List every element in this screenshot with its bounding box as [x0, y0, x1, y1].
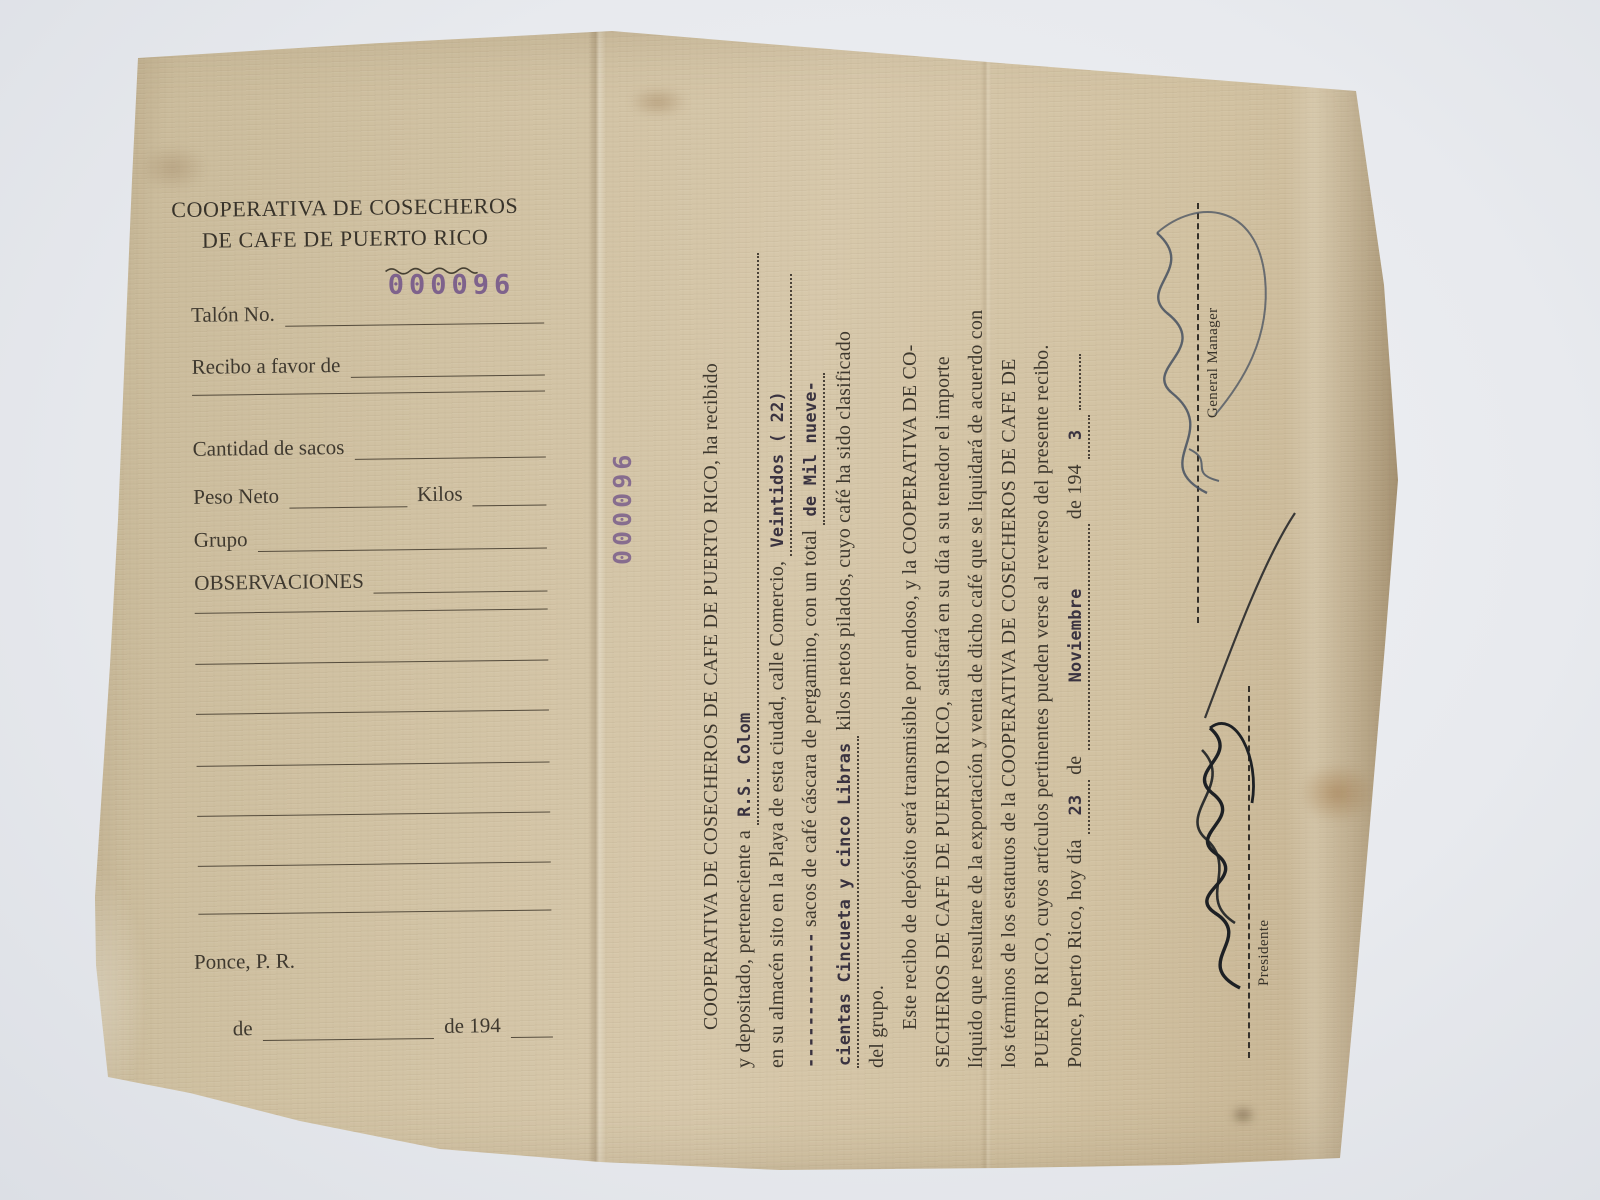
blank-line [195, 660, 548, 665]
header-line-2: DE CAFE DE PUERTO RICO [145, 221, 545, 257]
stain-spot [628, 87, 688, 117]
grupo-label: Grupo [194, 527, 248, 553]
date-day-typed: 23 [1064, 780, 1090, 834]
date-print-2: de 194 [1064, 464, 1086, 519]
talon-blank-line [285, 297, 545, 327]
field-recibo: Recibo a favor de [192, 349, 545, 380]
president-signature-ink [1180, 498, 1320, 1018]
talon-label: Talón No. [191, 302, 275, 328]
blank-line [196, 710, 549, 715]
recibo-label: Recibo a favor de [192, 353, 341, 380]
cantidad-blank-line [354, 431, 546, 460]
field-talon: Talón No. [191, 297, 544, 328]
stain-spot [1230, 1105, 1256, 1125]
date-year-typed: 3 [1064, 415, 1090, 459]
general-manager-signature-line: General Manager [1165, 203, 1199, 623]
fold-crease-middle [980, 25, 992, 1175]
field-observaciones: OBSERVACIONES [194, 565, 547, 596]
body-line-5-print: kilos netos pilados, cuyo café ha sido c… [833, 331, 855, 731]
stain-spot [138, 145, 208, 191]
president-signature-line: Presidente [1210, 686, 1250, 1058]
blank-line [197, 762, 550, 767]
blank-line [198, 909, 551, 914]
blank-line [192, 391, 545, 396]
weight-typed-part1: de Mil nueve- [799, 373, 825, 525]
body-line-4-print: sacos de café cáscara de pergamino, con … [799, 530, 821, 927]
field-grupo: Grupo [194, 522, 547, 553]
general-manager-label: General Manager [1205, 307, 1222, 418]
squiggle-divider [384, 265, 480, 276]
receipt-body-rotated: COOPERATIVA DE COSECHEROS DE CAFE DE PUE… [695, 178, 1335, 1068]
observaciones-label: OBSERVACIONES [194, 569, 364, 596]
typed-dashes: ------------- [801, 932, 821, 1068]
left-stub-panel: COOPERATIVA DE COSECHEROS DE CAFE DE PUE… [104, 172, 585, 1098]
de-194-label: de 194 [444, 1013, 501, 1039]
kilos-label: Kilos [417, 482, 463, 508]
body-line-1: COOPERATIVA DE COSECHEROS DE CAFE DE PUE… [700, 363, 722, 1030]
blank-line [198, 862, 551, 867]
peso-blank-line [289, 480, 407, 508]
sack-count-typed: Veintidos ( 22) [766, 274, 792, 556]
president-label: Presidente [1256, 920, 1273, 986]
grupo-blank-line [257, 522, 547, 553]
kilos-blank-line [472, 479, 546, 507]
ponce-pr-label: Ponce, P. R. [194, 949, 295, 975]
de-label: de [233, 1016, 253, 1041]
depositor-name-typed: R.S. Colom [733, 253, 759, 825]
stub-date-row: de de 194 [233, 1010, 553, 1041]
document-paper: COOPERATIVA DE COSECHEROS DE CAFE DE PUE… [80, 25, 1400, 1175]
weight-typed-part2: cientas Cincueta y cinco Libras [833, 736, 859, 1068]
body-line-8: SECHEROS DE CAFE DE PUERTO RICO, satisfa… [932, 356, 954, 1068]
year-blank-line [511, 1010, 553, 1038]
body-line-6: del grupo. [866, 985, 888, 1068]
receipt-date-line: Ponce, Puerto Rico, hoy día 23 de Noviem… [1059, 178, 1092, 1068]
body-line-10: los términos de los estatutos de la COOP… [998, 358, 1020, 1068]
observaciones-blank-line [374, 565, 548, 594]
body-line-3-print: en su almacén sito en la Playa de esta c… [766, 561, 788, 1068]
blank-line [195, 609, 548, 614]
date-month-typed: Noviembre [1064, 524, 1090, 750]
stain-spot [1298, 763, 1376, 823]
header-line-1: COOPERATIVA DE COSECHEROS [145, 191, 545, 227]
cooperative-header: COOPERATIVA DE COSECHEROS DE CAFE DE PUE… [145, 191, 546, 257]
receipt-number-stamp: 000096 [388, 270, 516, 301]
cantidad-label: Cantidad de sacos [193, 435, 345, 462]
field-cantidad: Cantidad de sacos [193, 431, 546, 462]
body-line-2-print: y depositado, perteneciente a [733, 830, 755, 1068]
recibo-blank-line [350, 349, 545, 378]
fold-crease-left [588, 25, 606, 1175]
field-peso-neto: Peso Neto Kilos [193, 479, 546, 510]
general-manager-signature-ink [1127, 193, 1297, 533]
dotted-tail [1059, 354, 1081, 410]
photo-background: COOPERATIVA DE COSECHEROS DE CAFE DE PUE… [0, 0, 1600, 1200]
body-line-11: PUERTO RICO, cuyos artículos pertinentes… [1031, 344, 1053, 1068]
fold-curl-right-edge [1285, 25, 1400, 1175]
body-line-7: Este recibo de depósito será transmisibl… [899, 345, 921, 1031]
torn-edge [74, 870, 144, 1120]
folio-number-stamp-vertical: 000096 [608, 451, 637, 565]
date-blank-line [262, 1012, 434, 1041]
body-line-9: líquido que resultare de la exportación … [965, 310, 987, 1068]
date-de: de [1064, 756, 1086, 775]
blank-line [197, 812, 550, 817]
date-print-1: Ponce, Puerto Rico, hoy día [1064, 839, 1086, 1068]
peso-neto-label: Peso Neto [193, 484, 279, 510]
